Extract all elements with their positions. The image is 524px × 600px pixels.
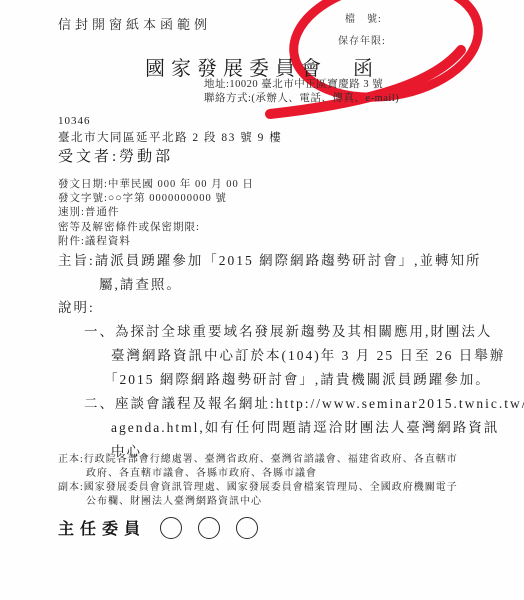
document-title: 國家發展委員會 函 [0,52,524,81]
sample-type-label: 信封開窗紙本函範例 [58,14,211,33]
issuer-contact: 聯絡方式:(承辦人、電話、傳真、e-mail) [204,92,399,106]
attachment: 附件:議程資料 [58,235,254,249]
explanation-item2-line1: 二、座談會議程及報名網址:http://www.seminar2015.twni… [84,392,524,412]
issuer-contact-block: 地址:10020 臺北市中正區寶慶路 3 號 聯絡方式:(承辦人、電話、傳真、e… [204,78,399,106]
subject-line-2: 屬,請查照。 [99,273,182,293]
copy-recipients-line1: 副本:國家發展委員會資訊管理處、國家發展委員會檔案管理局、全國政府機關電子 [58,478,458,493]
subject-line-1: 主旨:請派員踴躍參加「2015 網際網路趨勢研討會」,並轉知所 [58,249,482,269]
recipient-address: 臺北市大同區延平北路 2 段 83 號 9 樓 [58,129,282,145]
file-number-label: 檔 號: [338,9,386,31]
reference-number: 發文字號:○○字第 0000000000 號 [58,192,254,206]
recipient-name: 受文者:勞動部 [58,145,173,166]
chairperson-title: 主任委員 [58,516,146,539]
explanation-item1-line3: 「2015 網際網路趨勢研討會」,請貴機關派員踴躍參加。 [104,368,491,388]
archive-fields: 檔 號: 保存年限: [338,9,386,53]
security-classification: 密等及解密條件或保密期限: [58,221,254,235]
letter-meta-block: 發文日期:中華民國 000 年 00 月 00 日 發文字號:○○字第 0000… [58,178,254,249]
explanation-item1-line1: 一、為探討全球重要域名發展新趨勢及其相關應用,財團法人 [84,320,492,340]
signature-block: 主任委員 [58,516,258,539]
scanned-official-letter: 信封開窗紙本函範例 檔 號: 保存年限: 國家發展委員會 函 地址:10020 … [0,0,524,600]
signature-placeholder-circle [236,517,258,539]
signature-placeholder-circle [160,517,182,539]
issue-date: 發文日期:中華民國 000 年 00 月 00 日 [58,178,254,192]
recipient-zip: 10346 [58,115,91,127]
retention-period-label: 保存年限: [338,31,386,53]
explanation-heading: 說明: [58,296,95,316]
explanation-item2-line2: agenda.html,如有任何問題請逕洽財團法人臺灣網路資訊 [111,416,499,436]
original-recipients-line2: 政府、各直轄市議會、各縣市政府、各縣市議會 [86,464,317,479]
copy-recipients-line2: 公布欄、財團法人臺灣網路資訊中心 [86,492,262,507]
priority: 速別:普通件 [58,206,254,220]
signature-placeholder-circle [198,517,220,539]
explanation-item1-line2: 臺灣網路資訊中心訂於本(104)年 3 月 25 日至 26 日舉辦 [111,344,505,364]
issuer-address: 地址:10020 臺北市中正區寶慶路 3 號 [204,78,399,92]
original-recipients-line1: 正本:行政院各部會行總處署、臺灣省政府、臺灣省諮議會、福建省政府、各直轄市 [58,450,458,465]
